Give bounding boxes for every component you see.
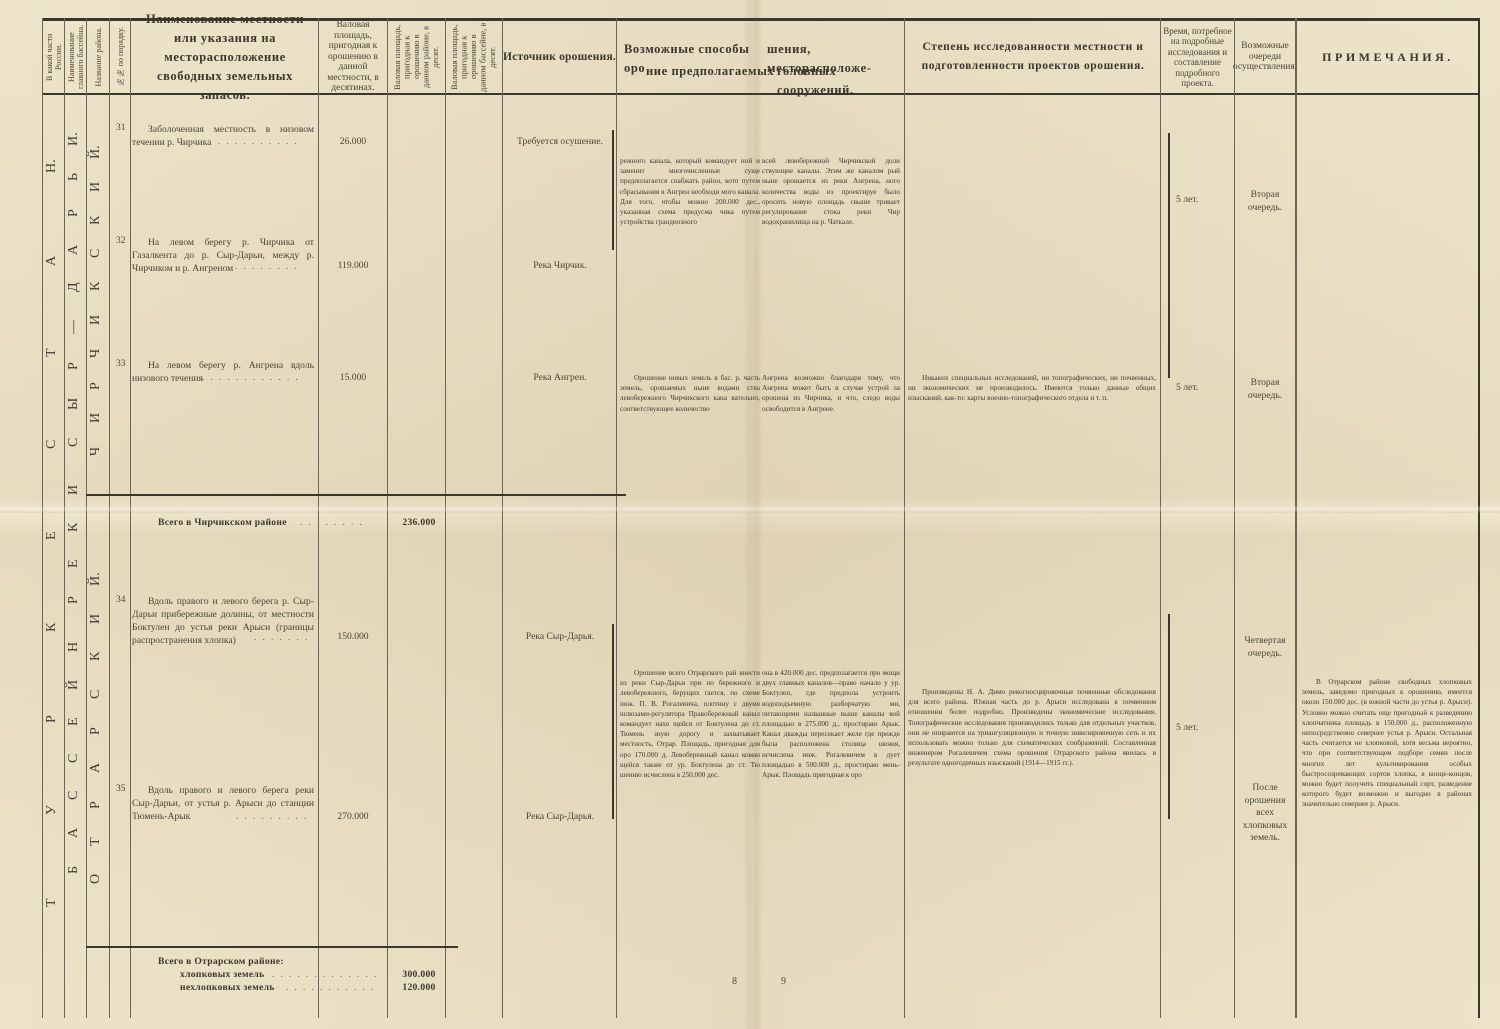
row-source: Река Чирчик. <box>504 260 616 271</box>
study-otrar: Произведены Н. А. Димо рекогносцировочны… <box>908 687 1156 769</box>
header-notes: ПРИМЕЧАНИЯ. <box>1298 21 1478 93</box>
col-line <box>42 18 43 1018</box>
queue-chirchik-1: Вторая очередь. <box>1240 189 1290 214</box>
methods-otrar-left: Орошение всего Отрарского рай внести из … <box>620 668 760 780</box>
methods-chirchik-2-left: Орошение новых земель в бас. р. часть зе… <box>620 373 760 414</box>
row-area: 150.000 <box>320 631 386 642</box>
header-time: Время, потребное на подробные исследован… <box>1161 24 1234 90</box>
leader-dots: . . . . . . . . <box>300 517 364 527</box>
total-chirchik-label: Всего в Чирчикском районе <box>158 517 287 528</box>
row-area: 26.000 <box>320 136 386 147</box>
col-line <box>502 18 503 1018</box>
col-line <box>904 18 905 1018</box>
col-line <box>616 18 617 1018</box>
header-part-of-russia: В какой части России. <box>43 21 64 93</box>
header-methods-right-2: головных сооружений. <box>777 62 907 100</box>
row-number: 32 <box>116 236 126 246</box>
total-otrar-noncotton-label: нехлопковых земель <box>180 982 275 993</box>
row-area: 119.000 <box>320 260 386 271</box>
label-basin-syr-darya: Б А С С Е Й Н Р Е К И С Ы Р — Д А Р Ь И. <box>66 118 86 888</box>
col-line <box>387 18 388 1018</box>
leader-dots: . . . . . . . . . . . <box>286 982 375 992</box>
col-line <box>86 18 87 1018</box>
total-otrar-noncotton-value: 120.000 <box>394 982 444 993</box>
col-line <box>1234 18 1235 1018</box>
header-gross-area-district: Валовая площадь, пригодная к орошению в … <box>388 21 445 93</box>
time-chirchik-2: 5 лет. <box>1176 382 1198 393</box>
total-otrar-cotton-value: 300.000 <box>394 969 444 980</box>
leader-dots: . . . . . . . . . . <box>218 136 299 146</box>
bracket-line <box>612 624 614 819</box>
page-fold <box>752 0 762 1029</box>
row-number: 34 <box>116 595 126 605</box>
col-line <box>1295 18 1297 1018</box>
methods-chirchik-2-right: Ангрена возможно благодаря тому, что Анг… <box>762 373 900 414</box>
row-area: 270.000 <box>320 811 386 822</box>
label-turkestan: Т У Р К Е С Т А Н. <box>44 118 64 948</box>
leader-dots: . . . . . . . . <box>235 261 299 271</box>
header-gross-area-locality: Валовая площадь, пригодная к орошению в … <box>320 24 386 90</box>
right-border <box>1478 18 1480 1018</box>
total-chirchik-value: 236.000 <box>394 517 444 528</box>
notes-otrar: В Отрарском районе свободных хлопковых з… <box>1302 677 1472 810</box>
leader-dots: . . . . . . . . . <box>236 811 308 821</box>
district-separator <box>86 946 458 948</box>
label-district-chirchik: Ч И Р Ч И К С К И Й. <box>88 133 108 468</box>
leader-dots: . . . . . . . . . . . . . <box>272 969 378 979</box>
col-line <box>130 18 131 1018</box>
row-number: 33 <box>116 359 126 369</box>
header-district-name: Название района. <box>87 21 109 93</box>
row-source: Требуется осушение. <box>504 136 616 147</box>
leader-dots: . . . . . . . . . . . . <box>202 372 300 382</box>
row-source: Река Сыр-Дарья. <box>504 811 616 822</box>
header-queue: Возможные очереди осуществления. <box>1235 24 1295 90</box>
row-area: 15.000 <box>320 372 386 383</box>
methods-chirchik-1-right: всей левобережной Чирчикской доли ствующ… <box>762 156 900 227</box>
header-study: Степень исследованности местности и подг… <box>908 21 1158 93</box>
header-basin-name: Наименование главного бассейна. <box>65 21 86 93</box>
header-location: Наименование местности или указания на м… <box>134 21 316 93</box>
header-gross-area-basin: Валовая площадь, пригодная к орошению в … <box>446 21 502 93</box>
queue-otrar-1: Четвертая очередь. <box>1237 635 1293 660</box>
row-source: Река Сыр-Дарья. <box>504 631 616 642</box>
label-district-otrar: О Т Р А Р С К И Й. <box>88 558 108 898</box>
queue-chirchik-2: Вторая очередь. <box>1240 377 1290 402</box>
col-line <box>64 18 65 1018</box>
methods-otrar-right: она в 420.000 дес. предполагается про мо… <box>762 668 900 780</box>
row-number: 31 <box>116 123 126 133</box>
col-line <box>109 18 110 1018</box>
page-number-right: 9 <box>781 976 786 987</box>
methods-chirchik-1-left: режного канала, который командует ной и … <box>620 156 760 227</box>
row-number: 35 <box>116 784 126 794</box>
total-otrar-cotton-label: хлопковых земель <box>180 969 265 980</box>
bracket-line <box>1168 133 1170 378</box>
col-line <box>1160 18 1161 1018</box>
bracket-line <box>1168 614 1170 819</box>
time-otrar: 5 лет. <box>1176 722 1198 733</box>
bracket-line <box>612 130 614 250</box>
header-number: №№ по порядку. <box>110 21 130 93</box>
horizontal-fold <box>0 505 1500 513</box>
page-number-left: 8 <box>732 976 737 987</box>
total-otrar-label: Всего в Отрарском районе: <box>158 956 284 967</box>
leader-dots: . . . . . . . <box>254 632 309 642</box>
col-line <box>445 18 446 1018</box>
time-chirchik-1: 5 лет. <box>1176 194 1198 205</box>
row-source: Река Ангрен. <box>504 372 616 383</box>
study-chirchik: Никаких специальных исследований, ни топ… <box>908 373 1156 404</box>
header-source: Источник орошения. <box>503 21 616 93</box>
queue-otrar-2: После орошения всех хлопковых земель. <box>1237 782 1293 845</box>
district-separator <box>86 494 626 496</box>
